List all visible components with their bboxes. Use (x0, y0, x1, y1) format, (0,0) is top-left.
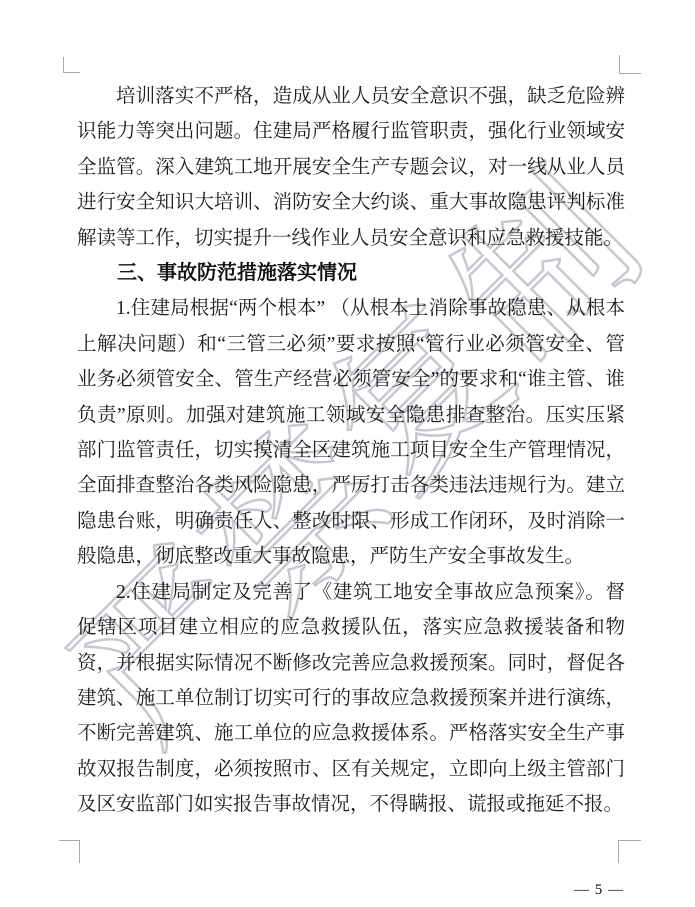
paragraph-item-1: 1.住建局根据“两个根本” （从根本上消除事故隐患、从根本上解决问题）和“三管三… (77, 291, 625, 574)
section-heading: 三、事故防范措施落实情况 (77, 256, 625, 291)
page-number: — 5 — (574, 882, 624, 899)
document-body: 培训落实不严格，造成从业人员安全意识不强，缺乏危险辨识能力等突出问题。住建局严格… (77, 79, 625, 823)
margin-mark-top-right (619, 55, 641, 74)
document-page: 严禁复制 培训落实不严格，造成从业人员安全意识不强，缺乏危险辨识能力等突出问题。… (0, 0, 695, 907)
paragraph-training-issues: 培训落实不严格，造成从业人员安全意识不强，缺乏危险辨识能力等突出问题。住建局严格… (77, 79, 625, 256)
margin-mark-bottom-left (59, 840, 80, 863)
paragraph-item-2: 2.住建局制定及完善了《建筑工地安全事故应急预案》。督促辖区项目建立相应的应急救… (77, 575, 625, 823)
margin-mark-top-left (63, 57, 80, 73)
margin-mark-bottom-right (618, 840, 641, 863)
